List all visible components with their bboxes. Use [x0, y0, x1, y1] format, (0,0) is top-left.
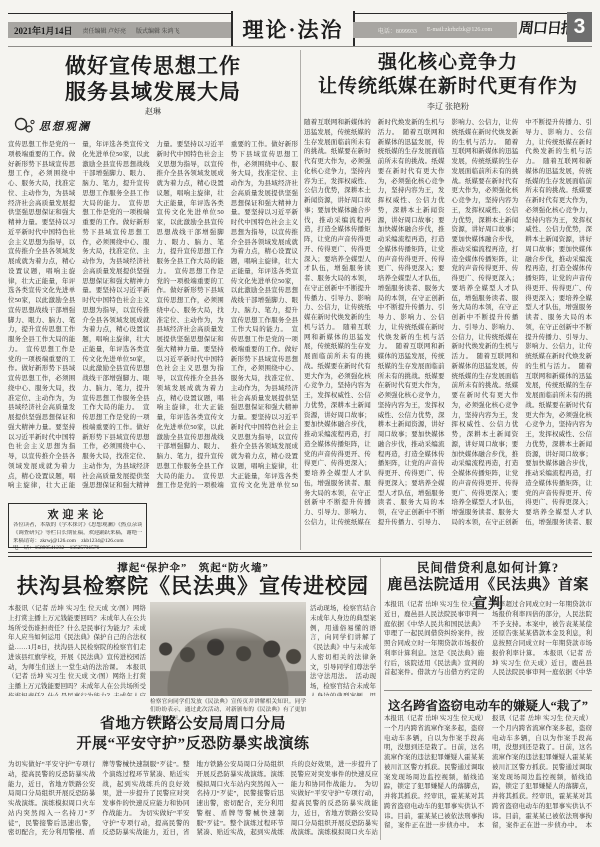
news-photo — [150, 602, 306, 696]
article-body-text: 为切实做好“平安守护”专项行动，提高民警的反恐防暴实战能力，近日，省地方铁路公安… — [8, 761, 378, 836]
editor-credit-left: 责任编辑 卢好亮 — [83, 26, 127, 35]
page-number-box: 3 — [567, 12, 592, 42]
welcome-box-title: 欢迎来论 — [13, 506, 142, 522]
column-label-text: 思想观澜 — [39, 118, 91, 134]
article-body: 活动现场，检察官结合未成年人身边的典型案例，用通俗易懂的语言，向同学们讲解了《民… — [310, 604, 376, 696]
article-body: 为切实做好“平安守护”专项行动，提高民警的反恐防暴实战能力，近日，省地方铁路公安… — [8, 760, 378, 840]
article-body: 宣传思想工作是党的一项极端重要的工作。做好新形势下县域宣传思想工作，必须围绕中心… — [8, 140, 298, 496]
article-byline: 李辽 张艳粉 — [304, 101, 592, 112]
column-label: 思想观澜 — [14, 117, 91, 135]
article-body-text: 本报讯（记者 岳坤 实习生 位天成）一个月内跨省流窜作案多起，盗窃电动车多辆，自… — [384, 715, 592, 829]
welcome-box: 欢迎来论 各位读者，本版的《学术探讨》《思想观澜》《热点杂谈》 《调查研究》等栏… — [8, 503, 147, 548]
contact-phone: 电话：8099933 — [378, 26, 417, 35]
welcome-box-line: 各位读者，本版的《学术探讨》《思想观澜》《热点杂谈》 — [13, 522, 142, 530]
article-kicker: 民间借贷利息如何计算? — [384, 558, 592, 576]
header-bar-right: 电话：8099933 E-mail:zkrbzfzk@126.com — [353, 22, 517, 38]
editor-credit-right: 版式编辑 朱鸿飞 — [136, 26, 180, 35]
header-bottom-rule — [8, 46, 592, 47]
section-title: 理论·法治 — [242, 14, 343, 44]
ripple-icon — [14, 117, 36, 135]
column-divider — [380, 558, 381, 840]
article-title-line: 强化核心竞争力 — [304, 52, 592, 75]
article-title: 扶沟县检察院《民法典》宣传进校园 — [8, 574, 378, 599]
article-body: 本报讯（记者 岳坤 实习生 位天成）近日，鹿邑县人民法院民事审判一庭依据《中华人… — [384, 600, 592, 686]
article-body-text: 本报讯（记者 岳坤 实习生 位天成）近日，鹿邑县人民法院民事审判一庭依据《中华人… — [384, 601, 592, 676]
article-body: 本报讯（记者 岳坤 实习生 位天成）一个月内跨省流窜作案多起，盗窃电动车多辆，自… — [384, 714, 592, 840]
issue-date: 2021年1月14日 — [14, 24, 73, 37]
article-divider — [384, 690, 592, 691]
article-body: 随着互联网和新媒体的迅猛发展，传统纸媒的生存发展面临前所未有的挑战。纸媒要在新时… — [304, 118, 592, 530]
article-title-line: 开展“平安守护”反恐防暴实战演练 — [8, 735, 378, 754]
welcome-box-line: 《调查研究》等栏目长期征稿，欢迎踊跃来稿，谢绝一稿多投。 — [13, 530, 142, 538]
article-title-line: 省地方铁路公安局周口分局 — [8, 715, 378, 734]
article-byline: 赵琳 — [8, 106, 298, 117]
article-title-line: 做好宣传思想工作 — [8, 54, 298, 79]
paper-masthead: 周口日报 — [518, 17, 567, 38]
column-divider — [300, 50, 301, 550]
article-title-line: 服务县域发展大局 — [8, 80, 298, 105]
article-body-text: 随着互联网和新媒体的迅猛发展，传统纸媒的生存发展面临前所未有的挑战。纸媒要在新时… — [304, 119, 592, 526]
article-body-text: 活动现场，检察官结合未成年人身边的典型案例，用通俗易懂的语言，向同学们讲解了《民… — [310, 605, 376, 696]
article-body-text: 宣传思想工作是党的一项极端重要的工作。做好新形势下县域宣传思想工作，必须围绕中心… — [8, 141, 298, 489]
article-title-line: 让传统纸媒在新时代更有作为 — [304, 76, 592, 99]
newspaper-page: 2021年1月14日 责任编辑 卢好亮 版式编辑 朱鸿飞 理论·法治 电话：80… — [0, 0, 600, 847]
article-body: 本报讯（记者 岳坤 实习生 位天成 文/图）网络上打赏主播上万元钱能要回吗？未成… — [8, 604, 146, 696]
article-title: 这名跨省盗窃电动车的嫌疑人“栽了” — [384, 696, 592, 714]
article-body-text: 本报讯（记者 岳坤 实习生 位天成 文/图）网络上打赏主播上万元钱能要回吗？未成… — [8, 605, 146, 696]
contact-email: E-mail:zkrbzfzk@126.com — [427, 27, 492, 33]
article-kicker: 撑起“保护伞” 筑起“防火墙” — [8, 560, 378, 575]
section-title-box: 理论·法治 — [231, 11, 355, 46]
welcome-box-line: 来稿请寄：zkrwj@126.com zkb1234@126.com — [13, 538, 142, 546]
header-bar-left: 2021年1月14日 责任编辑 卢好亮 版式编辑 朱鸿飞 — [8, 22, 231, 38]
section-divider — [8, 552, 592, 557]
